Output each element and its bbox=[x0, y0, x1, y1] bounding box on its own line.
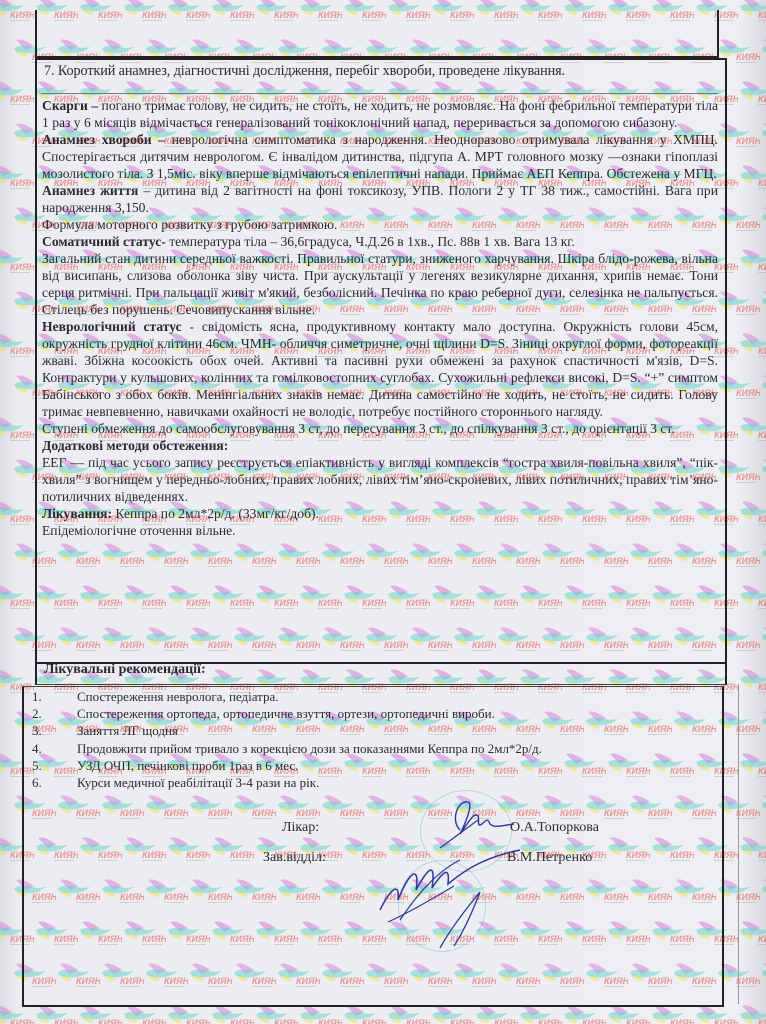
page-edge-line bbox=[738, 684, 739, 1004]
complaints-label: Скарги – bbox=[42, 98, 98, 113]
life-history-paragraph: Анамнез життя – дитина від 2 вагітності … bbox=[42, 182, 718, 216]
previous-section-frame bbox=[35, 10, 719, 58]
disease-history-paragraph: Анамнез хвороби – неврологічна симптомат… bbox=[42, 131, 718, 182]
life-history-label: Анамнез життя bbox=[42, 183, 138, 198]
neurological-status-label: Неврологічний статус bbox=[42, 319, 182, 334]
limitations-text: Ступені обмеження до самообслуговування … bbox=[42, 421, 675, 436]
item-number: 3. bbox=[32, 722, 77, 739]
item-number: 2. bbox=[32, 705, 77, 722]
recommendations-list: 1.Спостереження невролога, педіатра. 2.С… bbox=[32, 688, 712, 791]
item-text: Продовжити прийом тривало з корекцією до… bbox=[77, 740, 542, 757]
section-heading: 7. Короткий анамнез, діагностичні дослід… bbox=[44, 63, 565, 80]
list-item: 5.УЗД ОЧП, печінкові проби 1раз в 6 мес. bbox=[32, 757, 712, 774]
item-text: УЗД ОЧП, печінкові проби 1раз в 6 мес. bbox=[77, 757, 298, 774]
doctor-label: Лікар: bbox=[282, 820, 319, 836]
additional-methods-label: Додаткові методи обстеження: bbox=[42, 438, 228, 453]
disease-history-label: Анамнез хвороби – bbox=[42, 132, 165, 147]
epidemiology-paragraph: Епідеміологічне оточення вільне. bbox=[42, 522, 718, 539]
general-condition-paragraph: Загальний стан дитини середньої важкості… bbox=[42, 250, 718, 318]
life-history-text: – дитина від 2 вагітності на фоні токсик… bbox=[42, 183, 718, 215]
eeg-paragraph: ЕЕГ — під час усього запису реєструється… bbox=[42, 454, 718, 505]
additional-methods-paragraph: Додаткові методи обстеження: bbox=[42, 437, 718, 454]
anamnesis-content: Скарги – погано тримає голову, не сидить… bbox=[41, 93, 718, 539]
item-text: Спостереження невролога, педіатра. bbox=[77, 688, 279, 705]
list-item: 6.Курси медичної реабілітації 3-4 рази н… bbox=[32, 774, 712, 791]
somatic-status-label: Соматичний статус- bbox=[42, 234, 166, 249]
epidemiology-text: Епідеміологічне оточення вільне. bbox=[42, 523, 236, 538]
general-condition-text: Загальний стан дитини середньої важкості… bbox=[42, 251, 718, 317]
list-item: 1.Спостереження невролога, педіатра. bbox=[32, 688, 712, 705]
head-label: Зав.відділ: bbox=[263, 850, 326, 866]
item-text: Курси медичної реабілітації 3-4 рази на … bbox=[77, 774, 319, 791]
item-number: 4. bbox=[32, 740, 77, 757]
complaints-paragraph: Скарги – погано тримає голову, не сидить… bbox=[42, 97, 718, 131]
treatment-label: Лікування: bbox=[42, 506, 112, 521]
eeg-text: ЕЕГ — під час усього запису реєструється… bbox=[42, 455, 718, 504]
head-signature-icon bbox=[370, 830, 530, 950]
list-item: 3.Заняття ЛГ щодня bbox=[32, 722, 712, 739]
list-item: 2.Спостереження ортопеда, ортопедичне вз… bbox=[32, 705, 712, 722]
neurological-status-paragraph: Неврологічний статус - свідомість ясна, … bbox=[42, 318, 718, 420]
item-number: 6. bbox=[32, 774, 77, 791]
item-text: Заняття ЛГ щодня bbox=[77, 722, 178, 739]
item-number: 1. bbox=[32, 688, 77, 705]
item-number: 5. bbox=[32, 757, 77, 774]
item-text: Спостереження ортопеда, ортопедичне взут… bbox=[77, 705, 495, 722]
somatic-status-text: температура тіла – 36,6градуса, Ч.Д.26 в… bbox=[166, 234, 575, 249]
recommendations-title: Лікувальні рекомендації: bbox=[44, 662, 206, 678]
complaints-text: погано тримає голову, не сидить, не стої… bbox=[42, 98, 718, 130]
motor-development-paragraph: Формула моторного розвитку з грубою затр… bbox=[42, 216, 718, 233]
list-item: 4.Продовжити прийом тривало з корекцією … bbox=[32, 740, 712, 757]
somatic-status-paragraph: Соматичний статус- температура тіла – 36… bbox=[42, 233, 718, 250]
treatment-paragraph: Лікування: Кеппра по 2мл*2р/д. (33мг/кг/… bbox=[42, 505, 718, 522]
limitations-paragraph: Ступені обмеження до самообслуговування … bbox=[42, 420, 718, 437]
neurological-status-text: - свідомість ясна, продуктивному контакт… bbox=[42, 319, 718, 419]
motor-development-text: Формула моторного розвитку з грубою затр… bbox=[42, 217, 337, 232]
treatment-text: Кеппра по 2мл*2р/д. (33мг/кг/доб). bbox=[112, 506, 319, 521]
